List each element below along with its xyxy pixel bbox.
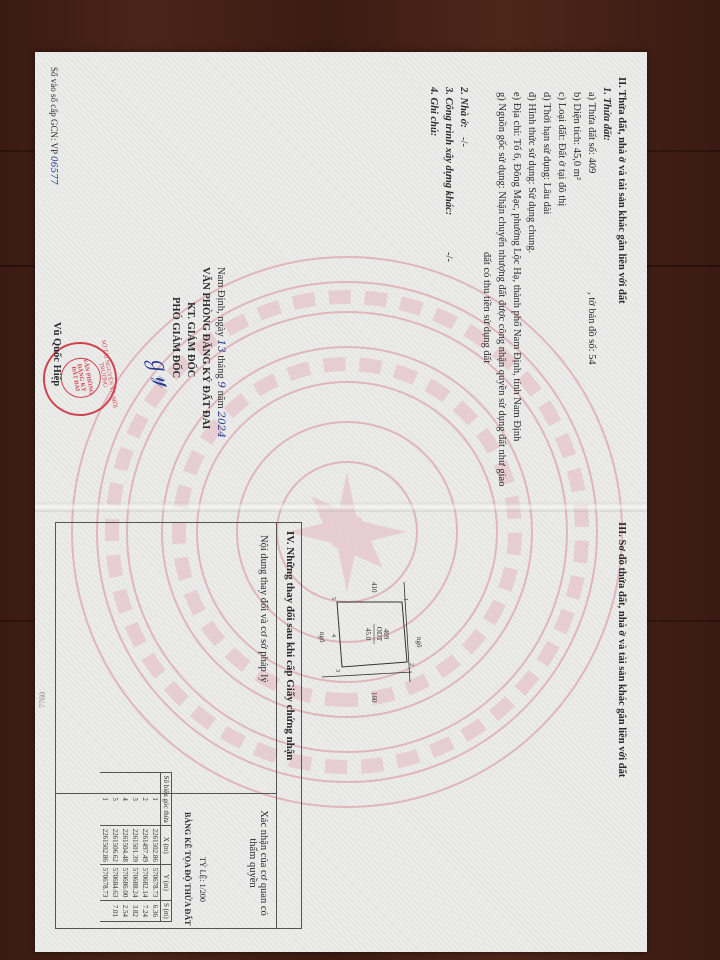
svg-text:5: 5: [330, 597, 336, 600]
changes-col-content: Nội dung thay đổi và cơ sở pháp lý: [258, 535, 269, 683]
section-ii-title: II. Thửa đất, nhà ở và tài sản khác gắn …: [616, 77, 627, 304]
area: b) Diện tích: 45,0 m²: [571, 92, 582, 180]
changes-col-confirm: Xác nhận của cơ quan có thẩm quyền: [247, 808, 269, 918]
svg-text:160: 160: [370, 692, 378, 703]
svg-text:4: 4: [330, 634, 336, 637]
date-year: 2024: [215, 411, 227, 438]
map-sheet: , tờ bản đồ số: 54: [586, 292, 597, 365]
other-works-value: -/-: [443, 252, 454, 262]
changes-section: IV. Những thay đổi sau khi cấp Giấy chứn…: [55, 522, 302, 929]
registry-number: Số vào sổ cấp GCN: VP 06577: [48, 67, 59, 185]
address: e) Địa chỉ: Tổ 6, Đông Mạc, phường Lộc H…: [511, 92, 522, 441]
signing-date: Nam Định, ngày 13 tháng 9 năm 2024: [215, 267, 227, 438]
use-form: đ) Hình thức sử dụng: Sử dụng chung.: [526, 92, 537, 253]
page-fold: [35, 502, 647, 512]
kt-title: KT. GIÁM ĐỐC: [185, 302, 196, 377]
office-name: VĂN PHÒNG ĐĂNG KÝ ĐẤT ĐAI: [200, 267, 211, 429]
use-term: d) Thời hạn sử dụng: Lâu dài: [541, 92, 552, 214]
svg-text:1: 1: [402, 598, 408, 601]
svg-text:ngõ: ngõ: [318, 632, 326, 643]
date-day: 13: [215, 339, 227, 352]
svg-text:45.0: 45.0: [364, 628, 372, 641]
use-origin: g) Nguồn gốc sử dụng: Nhận chuyển nhượng…: [496, 92, 507, 486]
land-use-certificate: II. Thửa đất, nhà ở và tài sản khác gắn …: [35, 52, 647, 952]
svg-text:ngõ: ngõ: [415, 637, 423, 648]
svg-text:409: 409: [382, 629, 390, 640]
notes-label: 4. Ghi chú:: [428, 87, 439, 136]
parcel-number: a) Thửa đất số: 409: [586, 92, 597, 173]
section-iii-title: III. Sơ đồ thửa đất, nhà ở và tài sản kh…: [616, 522, 627, 777]
date-month: 9: [215, 381, 227, 388]
parcel-diagram: ODT 409 45.0 410 160 ngõ ngõ 1 2 3 4 5: [292, 542, 432, 742]
house-value: -/-: [458, 137, 469, 147]
svg-text:410: 410: [370, 582, 378, 593]
changes-title: IV. Những thay đổi sau khi cấp Giấy chứn…: [284, 531, 296, 760]
handwritten-note: 7760: [38, 692, 47, 708]
signer-name: Vũ Quốc Hiệp: [51, 322, 62, 386]
svg-text:3: 3: [334, 669, 340, 672]
use-origin-cont: đất có thu tiền sử dụng đất: [481, 252, 492, 363]
svg-text:2: 2: [408, 663, 414, 666]
land-heading: 1. Thửa đất:: [601, 87, 612, 141]
house-label: 2. Nhà ở:: [458, 87, 469, 128]
other-works-label: 3. Công trình xây dựng khác:: [443, 87, 454, 215]
land-type: c) Loại đất: Đất ở tại đô thị: [556, 92, 567, 206]
official-stamp: SỞ TÀI NGUYÊN VÀ MÔI TRƯỜNG VĂN PHÒNG ĐĂ…: [37, 336, 123, 422]
